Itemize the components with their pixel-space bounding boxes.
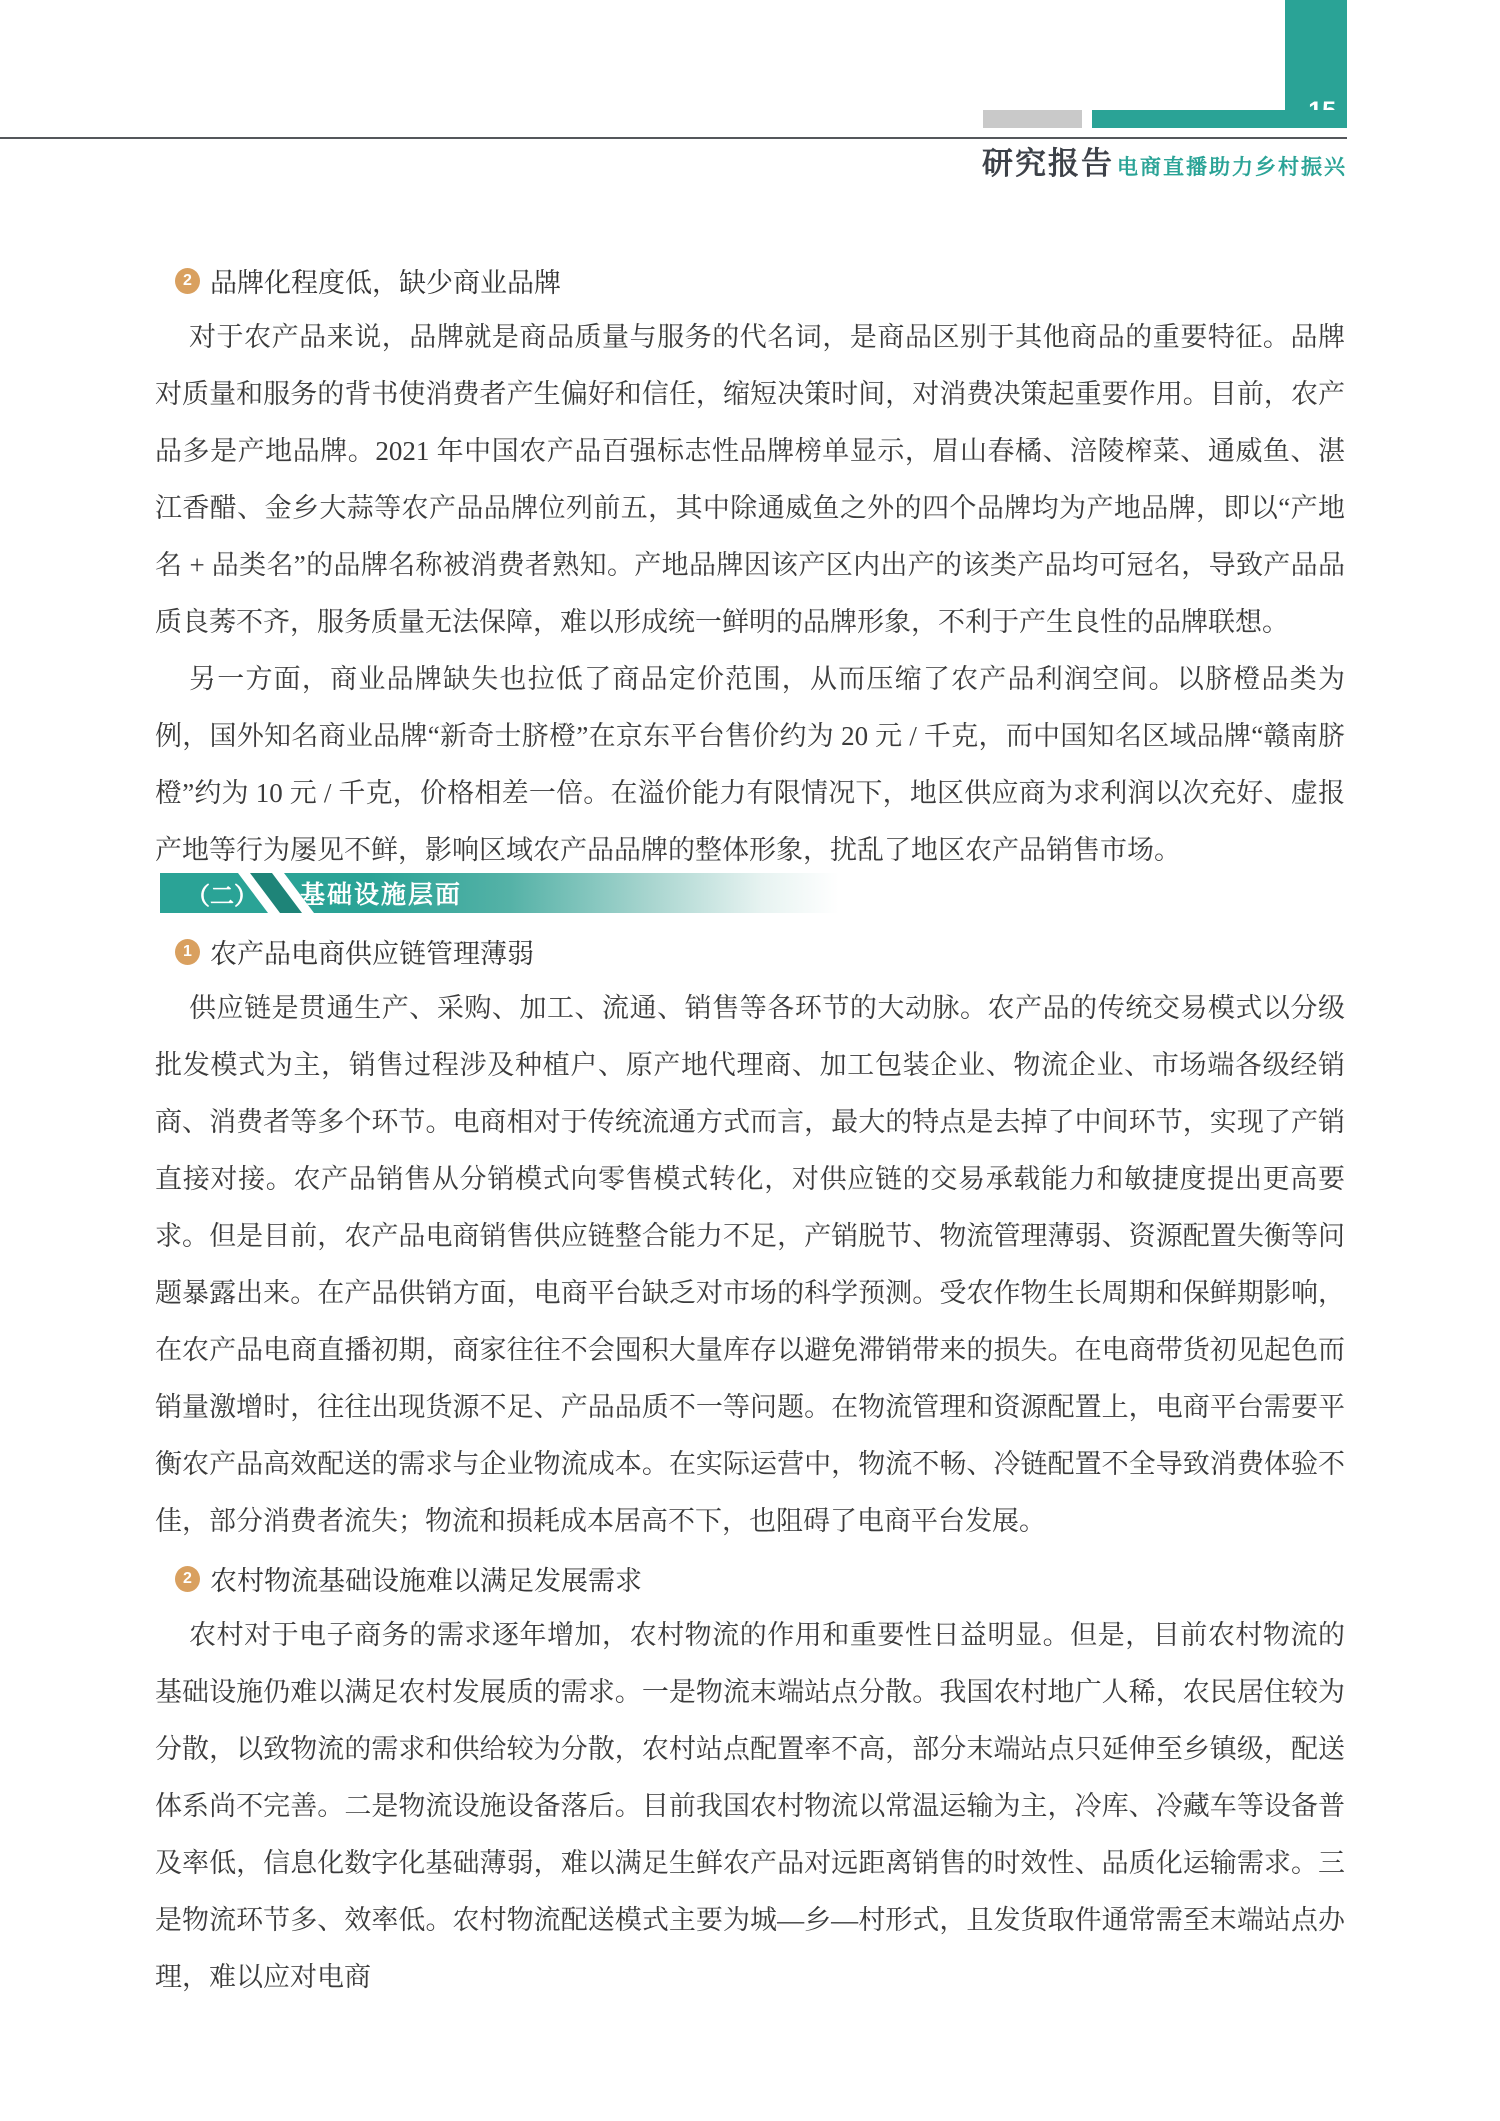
item-heading-logistics: 2 农村物流基础设施难以满足发展需求 bbox=[155, 1550, 1345, 1607]
item-title-logistics: 农村物流基础设施难以满足发展需求 bbox=[210, 1559, 642, 1598]
item-title-supply-chain: 农产品电商供应链管理薄弱 bbox=[210, 932, 534, 971]
section-banner-infrastructure: 基础设施层面 （二） bbox=[160, 873, 860, 913]
paragraph-brand-1: 对于农产品来说，品牌就是商品质量与服务的代名词，是商品区别于其他商品的重要特征。… bbox=[155, 309, 1345, 651]
report-type-label: 研究报告 bbox=[982, 147, 1114, 181]
paragraph-logistics: 农村对于电子商务的需求逐年增加，农村物流的作用和重要性日益明显。但是，目前农村物… bbox=[155, 1607, 1345, 2006]
page-number-block: 15 bbox=[1285, 0, 1347, 128]
report-title: 电商直播助力乡村振兴 bbox=[1117, 156, 1347, 179]
section-number: （二） bbox=[186, 876, 258, 911]
section-number-label: （二） bbox=[160, 873, 268, 913]
circled-number-2-icon: 2 bbox=[175, 1566, 200, 1592]
paragraph-supply-chain: 供应链是贯通生产、采购、加工、流通、销售等各环节的大动脉。农产品的传统交易模式以… bbox=[155, 980, 1345, 1550]
section-title: 基础设施层面 bbox=[300, 875, 462, 911]
item-title-brand: 品牌化程度低，缺少商业品牌 bbox=[210, 261, 561, 300]
circled-number-1-icon: 1 bbox=[175, 939, 200, 965]
item-heading-brand: 2 品牌化程度低，缺少商业品牌 bbox=[155, 252, 1345, 309]
header-teal-bar bbox=[1092, 110, 1347, 128]
header-gray-bar bbox=[983, 110, 1082, 128]
page-content: 2 品牌化程度低，缺少商业品牌 对于农产品来说，品牌就是商品质量与服务的代名词，… bbox=[155, 252, 1345, 2006]
circled-number-2-icon: 2 bbox=[175, 268, 200, 294]
item-heading-supply-chain: 1 农产品电商供应链管理薄弱 bbox=[155, 923, 1345, 980]
paragraph-brand-2: 另一方面，商业品牌缺失也拉低了商品定价范围，从而压缩了农产品利润空间。以脐橙品类… bbox=[155, 651, 1345, 879]
header-rule bbox=[0, 137, 1347, 139]
